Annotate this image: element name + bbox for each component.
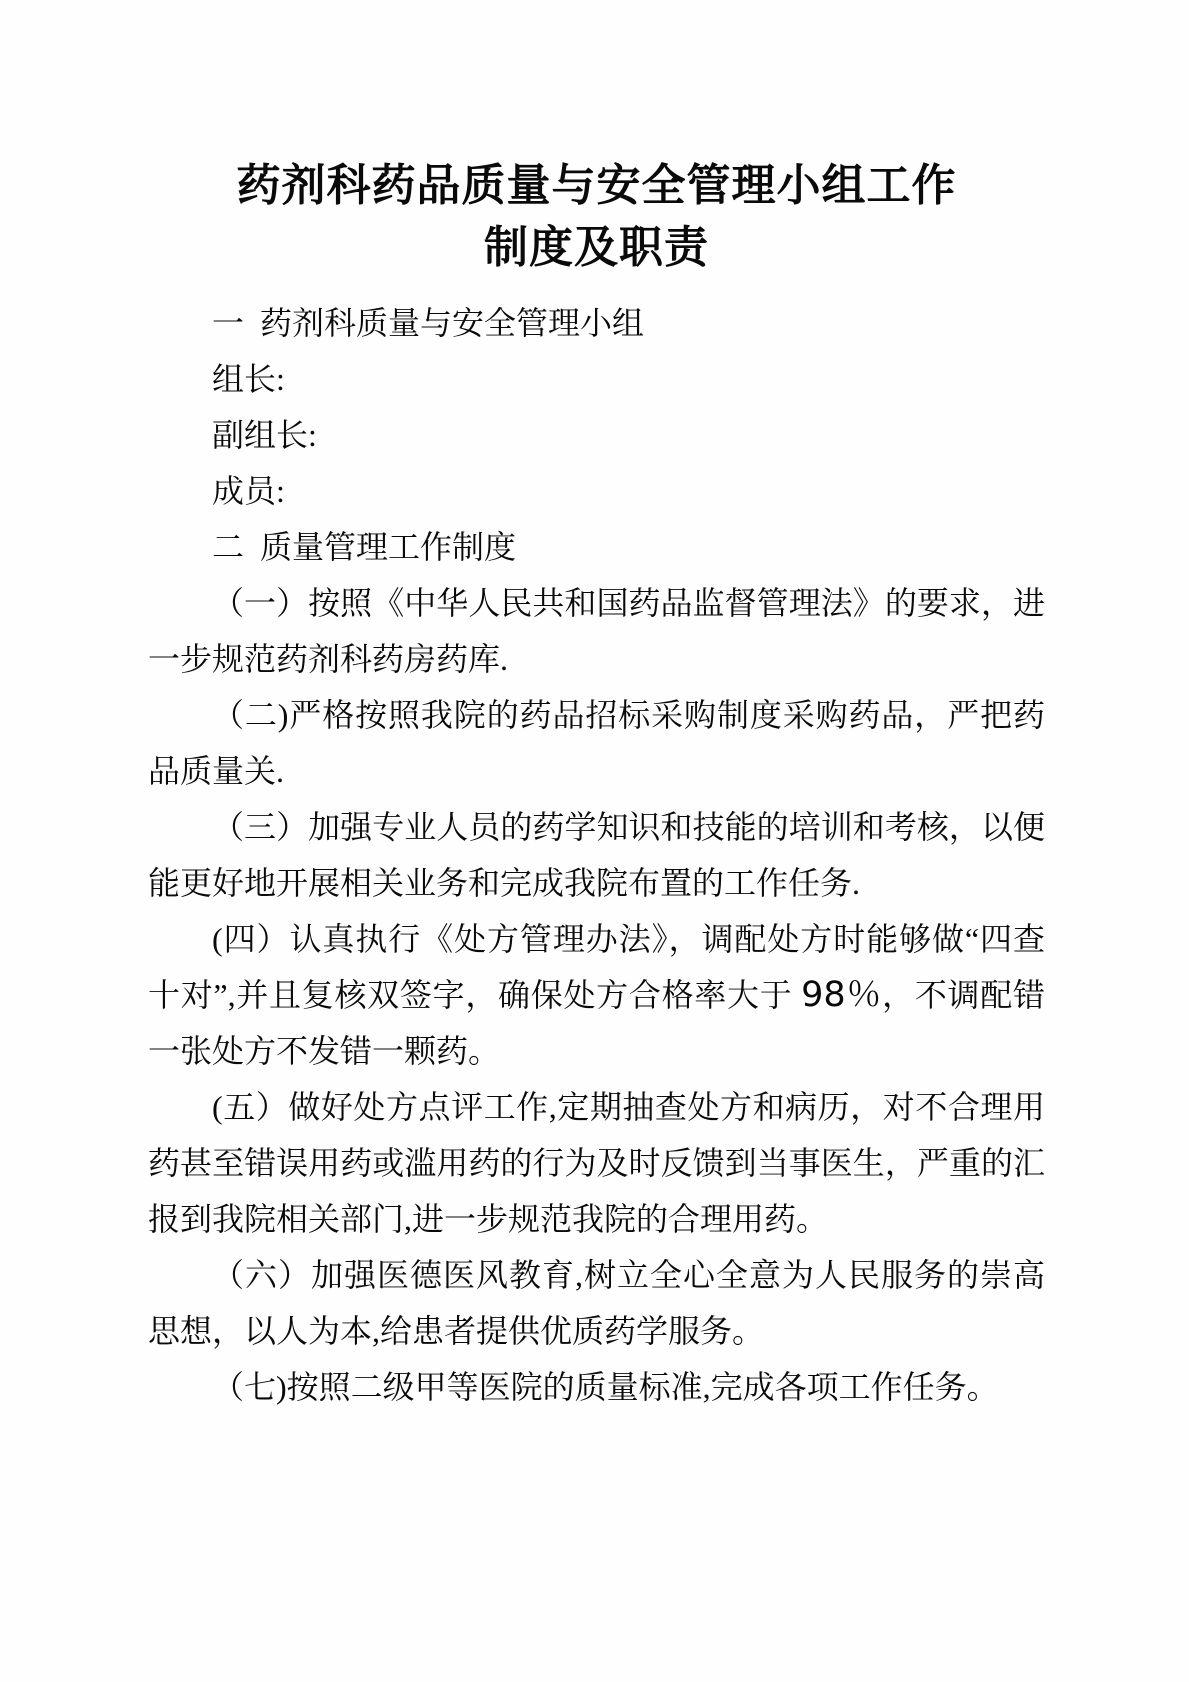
document-body: 一 药剂科质量与安全管理小组 组长: 副组长: 成员: 二 质量管理工作制度 （…	[148, 295, 1045, 1415]
title-line-2: 制度及职责	[148, 217, 1045, 279]
rule-4-paragraph: (四）认真执行《处方管理办法》，调配处方时能够做“四查十对”,并且复核双签字，确…	[148, 911, 1045, 1079]
section-2-heading: 二 质量管理工作制度	[148, 519, 1045, 575]
members-label: 成员:	[148, 463, 1045, 519]
deputy-group-leader-label: 副组长:	[148, 407, 1045, 463]
rule-6-paragraph: （六）加强医德医风教育,树立全心全意为人民服务的崇高思想，以人为本,给患者提供优…	[148, 1247, 1045, 1359]
rule-7-paragraph: （七)按照二级甲等医院的质量标准,完成各项工作任务。	[148, 1359, 1045, 1415]
rule-2-paragraph: （二)严格按照我院的药品招标采购制度采购药品，严把药品质量关.	[148, 687, 1045, 799]
section-1-heading: 一 药剂科质量与安全管理小组	[148, 295, 1045, 351]
group-leader-label: 组长:	[148, 351, 1045, 407]
rule-4-percentage-value: 98％	[801, 975, 882, 1015]
document-page: 药剂科药品质量与安全管理小组工作 制度及职责 一 药剂科质量与安全管理小组 组长…	[0, 0, 1189, 1682]
rule-3-paragraph: （三）加强专业人员的药学知识和技能的培训和考核，以便能更好地开展相关业务和完成我…	[148, 799, 1045, 911]
document-title: 药剂科药品质量与安全管理小组工作 制度及职责	[148, 155, 1045, 279]
title-line-1: 药剂科药品质量与安全管理小组工作	[148, 155, 1045, 217]
rule-1-paragraph: （一）按照《中华人民共和国药品监督管理法》的要求，进一步规范药剂科药房药库.	[148, 575, 1045, 687]
rule-5-paragraph: (五）做好处方点评工作,定期抽查处方和病历，对不合理用药甚至错误用药或滥用药的行…	[148, 1079, 1045, 1247]
